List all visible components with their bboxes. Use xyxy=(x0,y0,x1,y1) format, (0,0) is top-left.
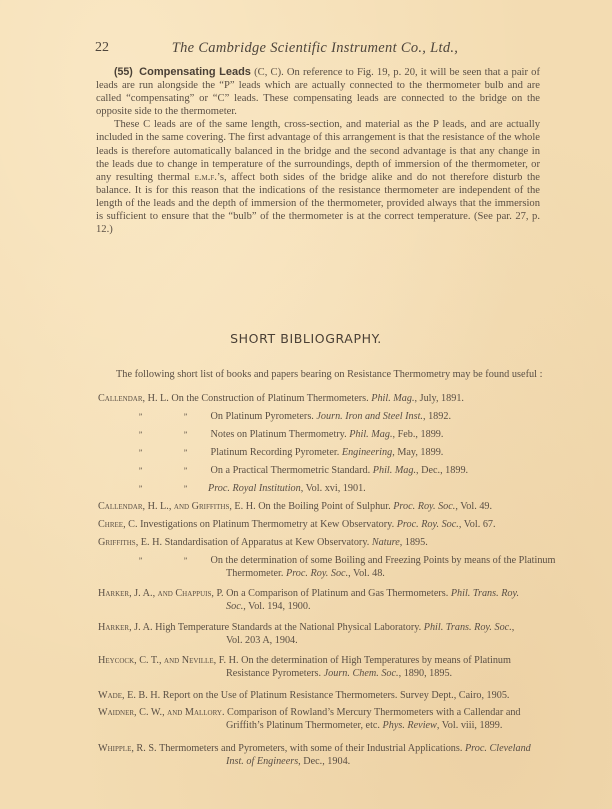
ditto-marks: ”” xyxy=(98,464,208,477)
paragraph-number: (55) xyxy=(114,66,133,78)
bibliography-entry: ””Proc. Royal Institution, Vol. xvi, 190… xyxy=(98,482,546,495)
entry-details: , Vol. xvi, 1901. xyxy=(301,483,366,494)
entry-title: On a Practical Thermometric Standard. xyxy=(208,465,373,476)
bibliography-title: SHORT BIBLIOGRAPHY. xyxy=(0,331,612,346)
entry-author: Callendar, H. L. xyxy=(98,393,171,404)
bibliography-entry: Wade, E. B. H. Report on the Use of Plat… xyxy=(98,689,546,702)
entry-journal: Phil. Trans. Roy. Soc. xyxy=(424,622,512,633)
bibliography-entry: Griffiths, E. H. Standardisation of Appa… xyxy=(98,536,546,549)
entry-journal: Journ. Iron and Steel Inst. xyxy=(316,411,423,422)
entry-details: , Vol. viii, 1899. xyxy=(437,720,503,731)
entry-journal: Proc. Royal Institution xyxy=(208,483,301,494)
paragraph-heading: Compensating Leads xyxy=(139,66,251,78)
bibliography-entry: Harker, J. A., and Chappuis, P. On a Com… xyxy=(98,587,546,613)
ditto-marks: ”” xyxy=(98,446,208,459)
bibliography-entry: Heycock, C. T., and Neville, F. H. On th… xyxy=(98,654,546,680)
entry-journal: Journ. Chem. Soc. xyxy=(324,668,399,679)
entry-journal: Nature xyxy=(372,537,400,548)
bibliography-entry: Harker, J. A. High Temperature Standards… xyxy=(98,621,546,647)
entry-title-continued: Thermometer. xyxy=(226,568,286,579)
bibliography-entry: ”” On Platinum Pyrometers. Journ. Iron a… xyxy=(98,410,546,423)
document-page: 22 The Cambridge Scientific Instrument C… xyxy=(0,0,612,809)
entry-details: , 1890, 1895. xyxy=(399,668,452,679)
entry-details: , Feb., 1899. xyxy=(393,429,444,440)
entry-journal: Phys. Review xyxy=(383,720,437,731)
entry-author: Harker, J. A. xyxy=(98,622,155,633)
entry-details: , xyxy=(512,622,515,633)
entry-details-continued: Vol. 203 A, 1904. xyxy=(226,635,298,646)
bibliography-entry: Waidner, C. W., and Mallory. Comparison … xyxy=(98,706,546,732)
ditto-marks: ”” xyxy=(98,428,208,441)
entry-author: Griffiths, E. H. xyxy=(98,537,165,548)
entry-details: , Dec., 1899. xyxy=(416,465,468,476)
entry-details: , Vol. 194, 1900. xyxy=(243,601,310,612)
entry-title: On Platinum Pyrometers. xyxy=(208,411,316,422)
entry-author: Wade, E. B. H. xyxy=(98,690,163,701)
entry-journal-continued: Soc. xyxy=(226,601,243,612)
entry-journal: Phil. Mag. xyxy=(349,429,392,440)
paragraph-1: (55) Compensating Leads (C, C). On refer… xyxy=(96,66,540,118)
bibliography-entry: Callendar, H. L. On the Construction of … xyxy=(98,392,546,405)
entry-title: On the determination of some Boiling and… xyxy=(208,555,555,566)
entry-author: Waidner, C. W., and Mallory. xyxy=(98,707,227,718)
entry-journal: Engineering xyxy=(342,447,392,458)
entry-journal: Proc. Roy. Soc. xyxy=(393,501,455,512)
ditto-marks: ”” xyxy=(98,482,208,495)
entry-author: Callendar, H. L., and Griffiths, E. H. xyxy=(98,501,258,512)
entry-details: , July, 1891. xyxy=(415,393,464,404)
bibliography-intro: The following short list of books and pa… xyxy=(116,369,556,380)
entry-details: , Vol. 49. xyxy=(455,501,492,512)
entry-title: On the Boiling Point of Sulphur. xyxy=(258,501,393,512)
entry-details: , Vol. 48. xyxy=(348,568,385,579)
entry-details: , May, 1899. xyxy=(392,447,443,458)
bibliography-entry: ”” Platinum Recording Pyrometer. Enginee… xyxy=(98,446,546,459)
entry-journal: Proc. Roy. Soc. xyxy=(286,568,348,579)
bibliography-entry: ”” On the determination of some Boiling … xyxy=(98,554,546,580)
entry-title: On a Comparison of Platinum and Gas Ther… xyxy=(226,588,451,599)
entry-journal: Proc. Roy. Soc. xyxy=(397,519,459,530)
entry-title: Standardisation of Apparatus at Kew Obse… xyxy=(165,537,372,548)
bibliography-entry: Callendar, H. L., and Griffiths, E. H. O… xyxy=(98,500,546,513)
entry-title: Investigations on Platinum Thermometry a… xyxy=(140,519,397,530)
entry-title-continued: Griffith’s Platinum Thermometer, etc. xyxy=(226,720,383,731)
entry-journal: Proc. Cleveland xyxy=(465,743,531,754)
entry-title: Thermometers and Pyrometers, with some o… xyxy=(159,743,465,754)
entry-title-continued: Resistance Pyrometers. xyxy=(226,668,324,679)
entry-author: Heycock, C. T., and Neville, F. H. xyxy=(98,655,241,666)
entry-title: On the determination of High Temperature… xyxy=(241,655,511,666)
entry-journal: Phil. Mag. xyxy=(371,393,414,404)
entry-title: Notes on Platinum Thermometry. xyxy=(208,429,349,440)
entry-author: Harker, J. A., and Chappuis, P. xyxy=(98,588,226,599)
entry-details: , Vol. 67. xyxy=(459,519,496,530)
bibliography-entry: ”” On a Practical Thermometric Standard.… xyxy=(98,464,546,477)
entry-details: , 1892. xyxy=(423,411,451,422)
paragraph-2: These C leads are of the same length, cr… xyxy=(96,118,540,236)
entry-title: Report on the Use of Platinum Resistance… xyxy=(163,690,510,701)
entry-title: Platinum Recording Pyrometer. xyxy=(208,447,342,458)
running-head: 22 The Cambridge Scientific Instrument C… xyxy=(95,40,535,58)
entry-journal: Phil. Mag. xyxy=(373,465,416,476)
entry-title: On the Construction of Platinum Thermome… xyxy=(171,393,371,404)
bibliography-entry: Whipple, R. S. Thermometers and Pyromete… xyxy=(98,742,546,768)
entry-journal-continued: Inst. of Engineers xyxy=(226,756,298,767)
bibliography-entry: Chree, C. Investigations on Platinum The… xyxy=(98,518,546,531)
bibliography-entry: ”” Notes on Platinum Thermometry. Phil. … xyxy=(98,428,546,441)
entry-title: High Temperature Standards at the Nation… xyxy=(155,622,424,633)
entry-author: Whipple, R. S. xyxy=(98,743,159,754)
entry-journal: Phil. Trans. Roy. xyxy=(451,588,519,599)
running-head-title: The Cambridge Scientific Instrument Co.,… xyxy=(95,40,535,57)
emf-abbrev: e.m.f. xyxy=(195,172,217,183)
entry-details: , 1895. xyxy=(400,537,428,548)
ditto-marks: ”” xyxy=(98,554,208,567)
section-55: (55) Compensating Leads (C, C). On refer… xyxy=(96,66,540,236)
entry-title: Comparison of Rowland’s Mercury Thermome… xyxy=(227,707,520,718)
entry-author: Chree, C. xyxy=(98,519,140,530)
ditto-marks: ”” xyxy=(98,410,208,423)
entry-details: , Dec., 1904. xyxy=(298,756,350,767)
